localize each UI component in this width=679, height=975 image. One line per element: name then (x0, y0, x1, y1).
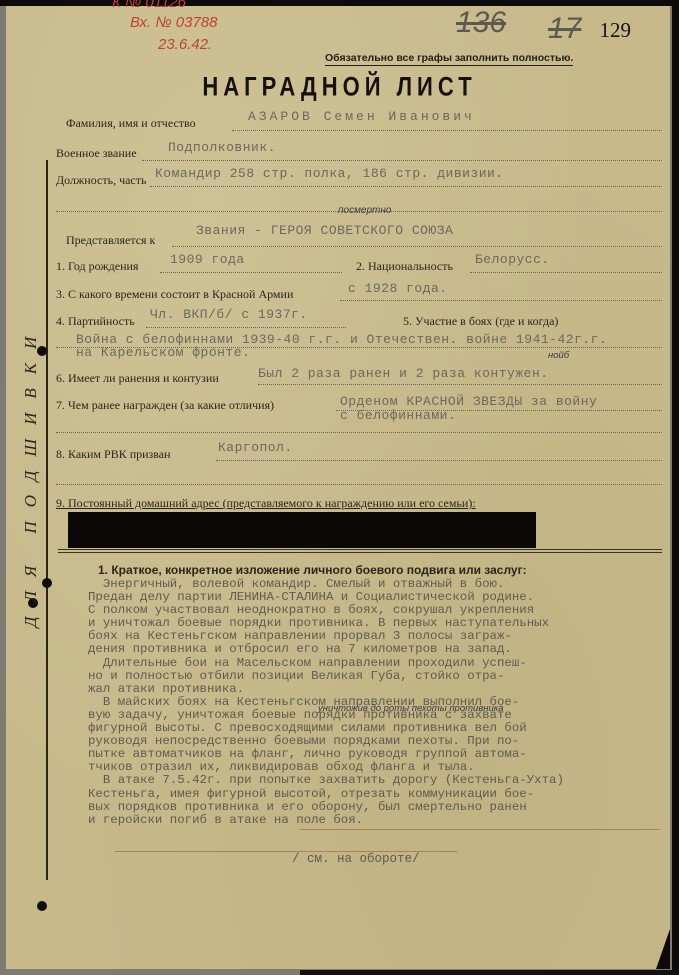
narrative-line: дения противника и отбросил его на 7 кил… (88, 643, 658, 656)
narrative-line: и геройски погиб в атаке на поле боя. (88, 814, 658, 827)
rvk-value: Каргопол. (218, 440, 293, 455)
address-label: 9. Постоянный домашний адрес (представля… (56, 496, 476, 511)
battles-value-line2: на Карельском фронте. (76, 345, 250, 360)
torn-corner (656, 929, 670, 969)
full-name-value: АЗАРОВ Семен Иванович (248, 109, 475, 124)
narrative-line: но и полностью отбили позиции Великая Гу… (88, 670, 658, 683)
scan-frame-right (672, 0, 679, 975)
binding-margin-label: ДЛЯ ПОДШИВКИ (6, 150, 56, 800)
party-label: 4. Партийность (56, 314, 135, 329)
punch-hole (37, 901, 47, 911)
nationality-label: 2. Национальность (356, 259, 453, 274)
prior-awards-label: 7. Чем ранее награжден (за какие отличия… (56, 398, 274, 413)
red-army-since-value: с 1928 года. (348, 281, 448, 296)
nominated-for-value: Звания - ГЕРОЯ СОВЕТСКОГО СОЮЗА (196, 223, 453, 238)
prior-awards-value-line1: Орденом КРАСНОЙ ЗВЕЗДЫ за войну (340, 394, 597, 409)
full-name-label: Фамилия, имя и отчество (66, 116, 196, 131)
mandatory-note: Обязательно все графы заполнить полность… (325, 52, 573, 66)
rank-value: Подполковник. (168, 140, 276, 155)
dotted-line (150, 186, 662, 187)
narrative-line: жал атаки противника. (88, 683, 658, 696)
dotted-line (172, 246, 662, 247)
crossed-page-number: 136 (456, 6, 506, 40)
rvk-label: 8. Каким РВК призван (56, 447, 171, 462)
dotted-line (142, 160, 662, 161)
handwritten-posthumous-note: посмертно (338, 205, 391, 216)
section1-heading: 1. Краткое, конкретное изложение личного… (98, 563, 527, 577)
dotted-line (216, 460, 662, 461)
dotted-line (232, 130, 662, 131)
archive-page-number: 129 (600, 18, 632, 43)
party-value: Чл. ВКП/б/ с 1937г. (150, 307, 308, 322)
wounds-label: 6. Имеет ли ранения и контузии (56, 371, 219, 386)
dotted-line (160, 272, 342, 273)
document-title: НАГРАДНОЙ ЛИСТ (0, 71, 679, 102)
handwritten-battles-note: нойб (548, 350, 569, 361)
see-reverse-note: / см. на обороте/ (292, 852, 420, 866)
battles-label: 5. Участие в боях (где и когда) (403, 314, 558, 329)
registry-note-date: 23.6.42. (158, 36, 212, 54)
dotted-line (146, 327, 346, 328)
narrative-line: Длительные бои на Масельском направлении… (88, 657, 658, 670)
red-army-since-label: 3. С какого времени состоит в Красной Ар… (56, 287, 293, 302)
position-value: Командир 258 стр. полка, 186 стр. дивизи… (155, 166, 504, 181)
handwritten-insert: уничтожив до роты пехоты противника (318, 703, 504, 714)
section-divider (58, 549, 662, 550)
dotted-line (340, 300, 662, 301)
crossed-page-number: 17 (548, 12, 581, 46)
pencil-underline (300, 829, 660, 830)
nationality-value: Белорусс. (475, 252, 550, 267)
dotted-line (258, 384, 662, 385)
birth-year-label: 1. Год рождения (56, 259, 138, 274)
wounds-value: Был 2 раза ранен и 2 раза контужен. (258, 366, 549, 381)
dotted-line (56, 484, 662, 485)
address-redaction-block (68, 512, 536, 548)
registry-note-line1: К № 01126 (112, 0, 186, 12)
birth-year-value: 1909 года (170, 252, 245, 267)
margin-label-text: ДЛЯ ПОДШИВКИ (21, 323, 41, 628)
section-divider (58, 552, 662, 553)
dotted-line (470, 272, 662, 273)
scan-frame-bottom (300, 970, 679, 975)
nominated-for-label: Представляется к (66, 233, 155, 248)
prior-awards-value-line2: с белофиннами. (340, 408, 456, 423)
narrative-line: В атаке 7.5.42г. при попытке захватить д… (88, 774, 658, 787)
registry-note-line2: Вх. № 03788 (130, 14, 217, 32)
position-label: Должность, часть (56, 173, 146, 188)
dotted-line (56, 432, 662, 433)
narrative-line: вых порядков противника и его оборону, б… (88, 801, 658, 814)
rank-label: Военное звание (56, 146, 137, 161)
narrative-line: Кестеньга, имея фигурной высотой, отреза… (88, 788, 658, 801)
